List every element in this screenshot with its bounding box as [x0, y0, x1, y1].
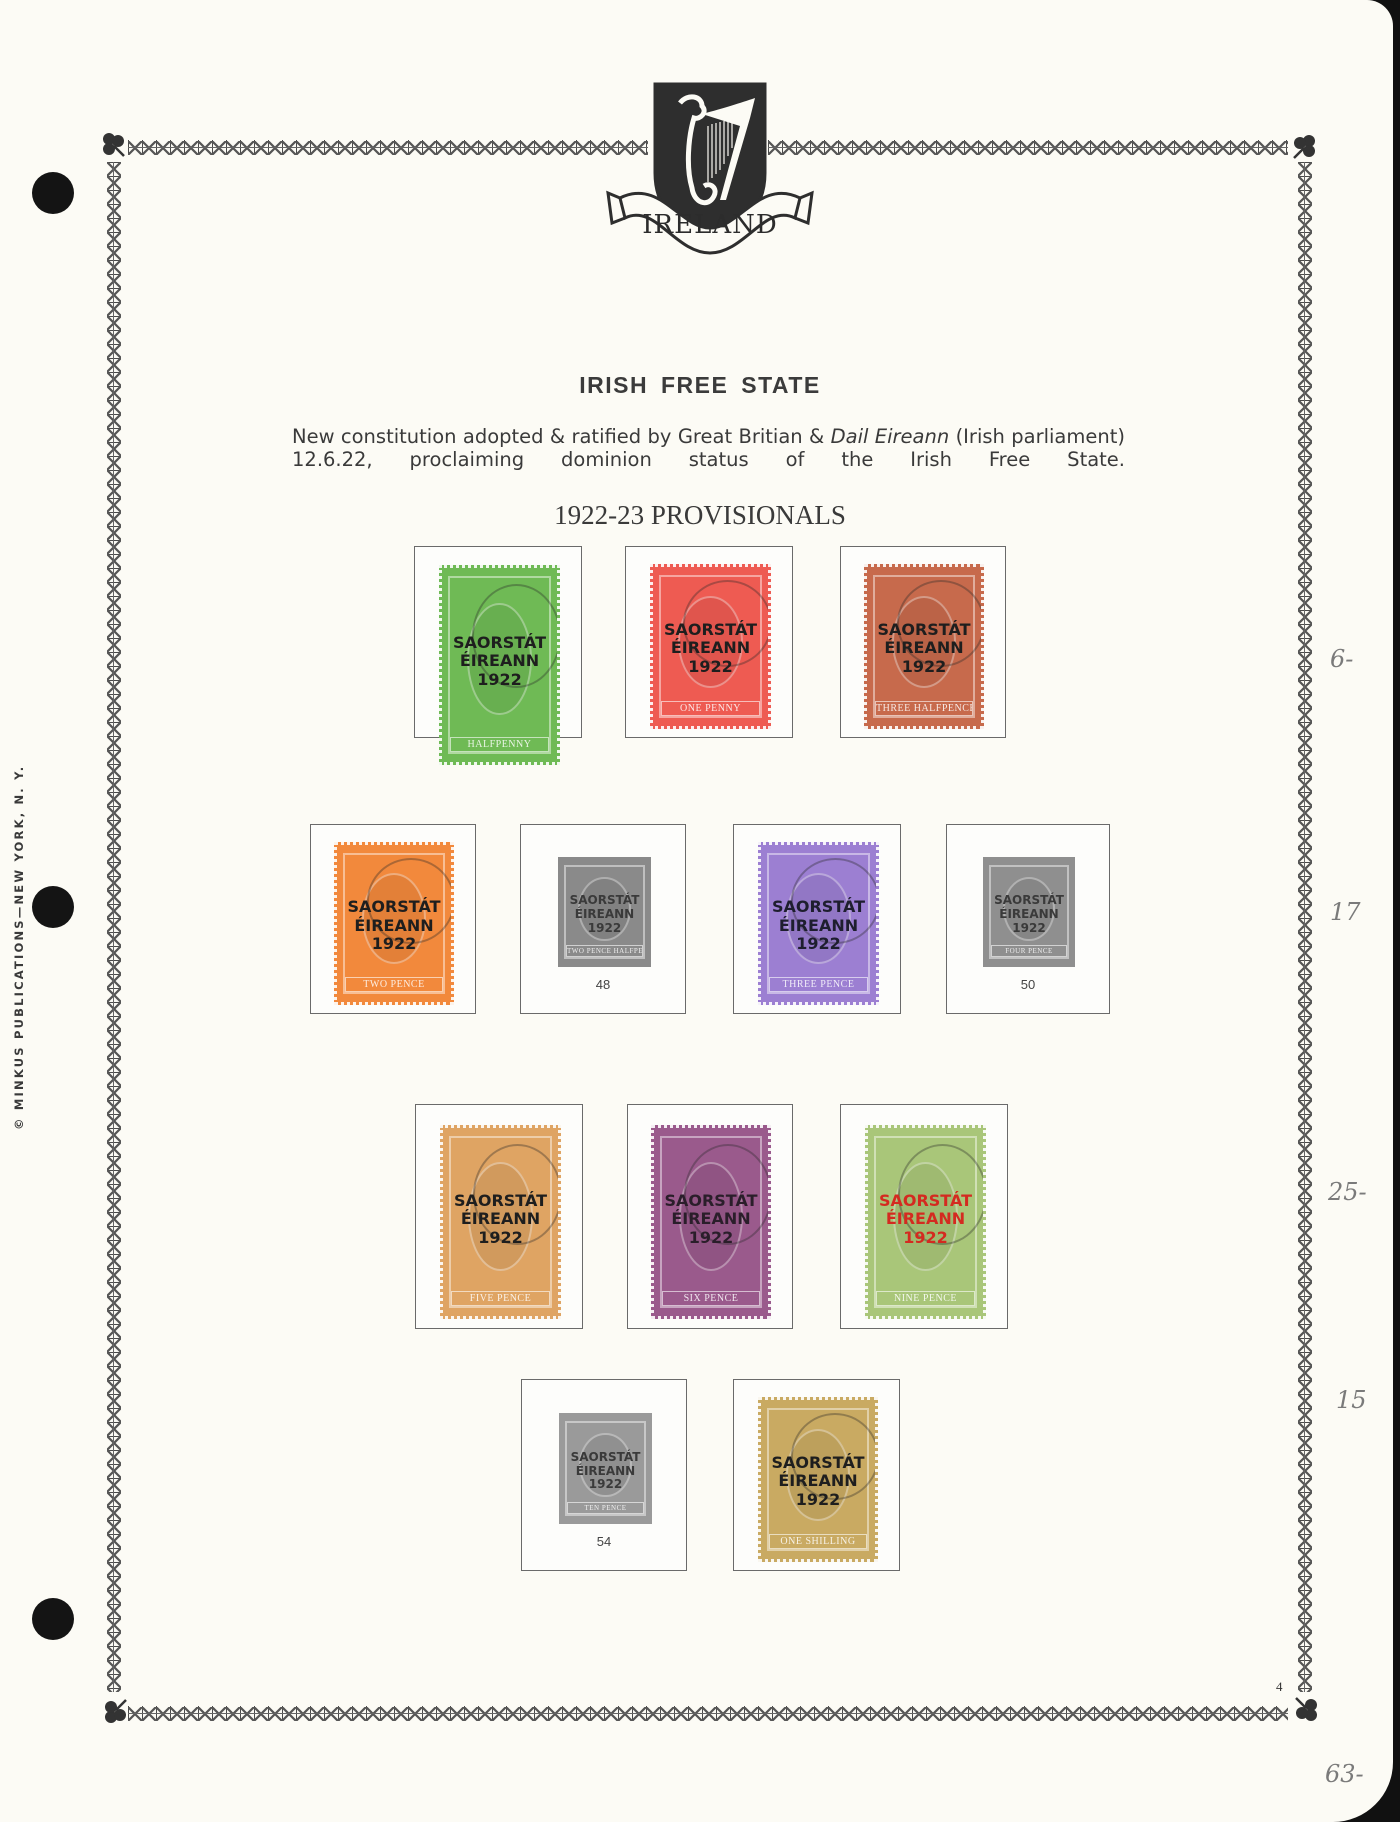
stamp-overprint: SAORSTÁTÉIREANN1922	[867, 621, 981, 676]
stamp-mount: SAORSTÁTÉIREANN1922FIVE PENCE	[415, 1104, 583, 1329]
stamp-mount: SAORSTÁTÉIREANN1922HALFPENNY	[414, 546, 582, 738]
border-top-left	[128, 140, 648, 155]
stamp-value-label: TWO PENCE	[345, 977, 443, 992]
stamp: SAORSTÁTÉIREANN1922TWO PENCE HALFPENNY	[558, 857, 651, 967]
stamp-mount: SAORSTÁTÉIREANN1922TWO PENCE HALFPENNY48	[520, 824, 686, 1014]
stamp-overprint: SAORSTÁTÉIREANN1922	[761, 898, 876, 953]
binder-hole-top	[32, 172, 74, 214]
stamp-value-label: HALFPENNY	[450, 737, 549, 752]
stamp: SAORSTÁTÉIREANN1922FIVE PENCE	[440, 1125, 561, 1319]
stamp-overprint: SAORSTÁTÉIREANN1922	[983, 894, 1075, 935]
page-number: 4	[1276, 1679, 1283, 1695]
stamp: SAORSTÁTÉIREANN1922FOUR PENCE	[983, 857, 1075, 967]
album-page: © MINKUS PUBLICATIONS—NEW YORK, N. Y. IR…	[0, 0, 1393, 1822]
stamp-overprint: SAORSTÁTÉIREANN1922	[653, 621, 768, 676]
stamp-value-label: TEN PENCE	[567, 1502, 644, 1514]
pencil-note: 25-	[1328, 1178, 1367, 1206]
stamp-overprint: SAORSTÁTÉIREANN1922	[559, 1451, 652, 1492]
catalog-number: 48	[521, 977, 685, 992]
shamrock-icon	[102, 1696, 130, 1724]
stamp-value-label: FOUR PENCE	[991, 945, 1067, 957]
stamp-overprint: SAORSTÁTÉIREANN1922	[868, 1192, 983, 1247]
shamrock-icon	[1292, 1694, 1320, 1722]
stamp-value-label: NINE PENCE	[876, 1291, 975, 1306]
pencil-note: 6-	[1330, 645, 1353, 673]
stamp-mount: SAORSTÁTÉIREANN1922FOUR PENCE50	[946, 824, 1110, 1014]
binder-hole-bottom	[32, 1598, 74, 1640]
stamp-mount: SAORSTÁTÉIREANN1922TEN PENCE54	[521, 1379, 687, 1571]
stamp: SAORSTÁTÉIREANN1922THREE HALFPENCE	[864, 564, 984, 729]
page-title: IRISH FREE STATE	[0, 372, 1400, 399]
shamrock-icon	[100, 132, 128, 160]
stamp-mount: SAORSTÁTÉIREANN1922THREE PENCE	[733, 824, 901, 1014]
stamp: SAORSTÁTÉIREANN1922SIX PENCE	[651, 1125, 771, 1319]
binder-hole-middle	[32, 886, 74, 928]
stamp: SAORSTÁTÉIREANN1922THREE PENCE	[758, 842, 879, 1005]
stamp: SAORSTÁTÉIREANN1922NINE PENCE	[865, 1125, 986, 1319]
stamp-value-label: FIVE PENCE	[451, 1291, 550, 1306]
stamp-overprint: SAORSTÁTÉIREANN1922	[558, 894, 651, 935]
catalog-number: 50	[947, 977, 1109, 992]
publisher-imprint: © MINKUS PUBLICATIONS—NEW YORK, N. Y.	[12, 700, 32, 1130]
stamp-value-label: THREE HALFPENCE	[875, 701, 973, 716]
pencil-note: 17	[1330, 898, 1361, 926]
catalog-number: 54	[522, 1534, 686, 1549]
stamp: SAORSTÁTÉIREANN1922ONE PENNY	[650, 564, 771, 729]
stamp-value-label: ONE SHILLING	[769, 1534, 867, 1549]
border-bottom	[128, 1706, 1288, 1721]
stamp-mount: SAORSTÁTÉIREANN1922SIX PENCE	[627, 1104, 793, 1329]
stamp-mount: SAORSTÁTÉIREANN1922TWO PENCE	[310, 824, 476, 1014]
stamp: SAORSTÁTÉIREANN1922ONE SHILLING	[758, 1397, 878, 1562]
section-heading: 1922-23 PROVISIONALS	[0, 500, 1400, 531]
stamp: SAORSTÁTÉIREANN1922TWO PENCE	[334, 842, 454, 1005]
stamp-mount: SAORSTÁTÉIREANN1922THREE HALFPENCE	[840, 546, 1006, 738]
stamp-overprint: SAORSTÁTÉIREANN1922	[761, 1454, 875, 1509]
stamp-mount: SAORSTÁTÉIREANN1922NINE PENCE	[840, 1104, 1008, 1329]
stamp-value-label: THREE PENCE	[769, 977, 868, 992]
stamp-mount: SAORSTÁTÉIREANN1922ONE SHILLING	[733, 1379, 900, 1571]
border-top-right	[768, 140, 1288, 155]
pencil-note: 15	[1336, 1386, 1367, 1414]
stamp-overprint: SAORSTÁTÉIREANN1922	[442, 634, 557, 689]
stamp-mount: SAORSTÁTÉIREANN1922ONE PENNY	[625, 546, 793, 738]
pencil-note: 63-	[1325, 1760, 1364, 1788]
stamp-overprint: SAORSTÁTÉIREANN1922	[443, 1192, 558, 1247]
stamp-overprint: SAORSTÁTÉIREANN1922	[654, 1192, 768, 1247]
stamp: SAORSTÁTÉIREANN1922TEN PENCE	[559, 1413, 652, 1524]
stamp: SAORSTÁTÉIREANN1922HALFPENNY	[439, 565, 560, 765]
country-banner: IRELAND	[640, 210, 780, 240]
stamp-value-label: SIX PENCE	[662, 1291, 760, 1306]
stamp-value-label: TWO PENCE HALFPENNY	[566, 945, 643, 957]
stamp-overprint: SAORSTÁTÉIREANN1922	[337, 898, 451, 953]
shamrock-icon	[1290, 134, 1318, 162]
stamp-value-label: ONE PENNY	[661, 701, 760, 716]
page-description: New constitution adopted & ratified by G…	[292, 425, 1125, 471]
